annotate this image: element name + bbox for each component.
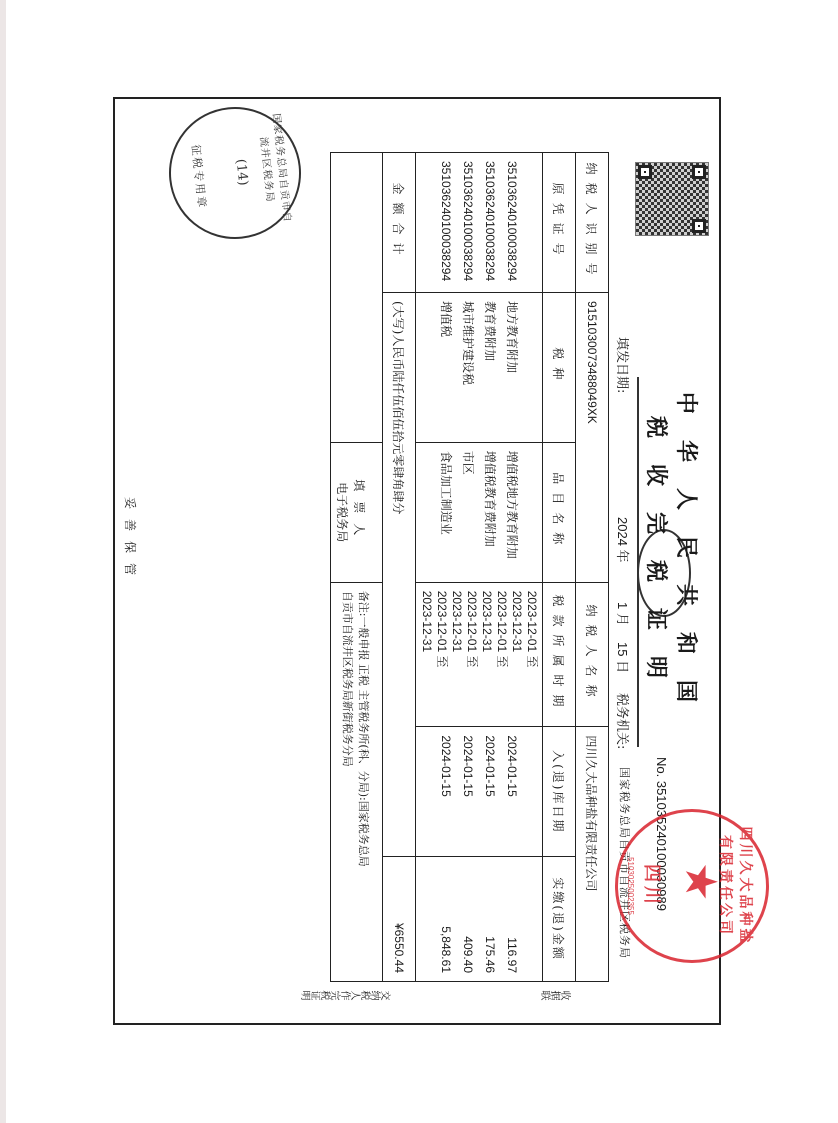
remarks-line-2: 自贡市自流井区税务局新街税务分局: [341, 591, 357, 973]
keep-safely-note: 妥善保管: [122, 497, 139, 585]
company-seal: 四川久大品种盐有限责任公司 ★ 四川 5103025002355: [615, 809, 769, 963]
table-row: 5,848.61: [435, 865, 457, 973]
table-body: 351036240100038294 351036240100038294 35…: [416, 153, 543, 982]
entry-date-cell: 2024-01-15 2024-01-15 2024-01-15 2024-01…: [416, 727, 543, 857]
col-entry-date: 入(退)库日期: [543, 727, 576, 857]
taxpayer-id-value: 915103007348804​9XK: [576, 292, 609, 582]
page-edge: [0, 0, 6, 1123]
period-start: 2023-12-01 至: [494, 591, 509, 719]
period-end: 2023-12-31: [449, 591, 464, 719]
table-row: 增值税: [435, 301, 457, 434]
copy-purpose-note: 交纳税人作完税证明: [301, 985, 391, 999]
total-row: 金额合计 (大写)人民币陆仟伍佰伍拾元零肆角肆分 ¥6550.44: [383, 153, 416, 982]
table-row: 增值税地方教育附加: [501, 451, 523, 574]
company-seal-code: 5103025002355: [626, 812, 635, 960]
taxpayer-id-label: 纳税人识别号: [576, 153, 609, 293]
tax-type-cell: 地方教育附加 教育费附加 城市维护建设税 增值税: [416, 292, 543, 442]
col-voucher: 原凭证号: [543, 153, 576, 293]
fill-month: 1 月: [614, 602, 633, 626]
col-period: 税款所属时期: [543, 582, 576, 727]
signature-row: 填票人 电子税务局 备注:一般申报 正税 主管税务所(科、分局):国家税务总局 …: [331, 153, 383, 982]
taxpayer-name-label: 纳税人名称: [576, 582, 609, 727]
voucher-cell: 351036240100038294 351036240100038294 35…: [416, 153, 543, 293]
tax-authority-seal-area: [331, 153, 383, 443]
period-end: 2023-12-31: [509, 591, 524, 719]
copy-type-note: 收据联: [541, 985, 571, 999]
total-in-words: (大写)人民币陆仟伍佰伍拾元零肆角肆分: [383, 292, 416, 856]
item-name-cell: 增值税地方教育附加 增值税教育费附加 市区 食品加工制造业: [416, 442, 543, 582]
preparer-value: 电子税务局: [334, 451, 351, 574]
table-row: 175.46: [479, 865, 501, 973]
table-row: 教育费附加: [479, 301, 501, 434]
total-amount: ¥6550.44: [383, 857, 416, 982]
table-row: 351036240100038294: [479, 161, 501, 284]
table-row: 409.40: [457, 865, 479, 973]
col-item-name: 品目名称: [543, 442, 576, 582]
fill-date-label: 填发日期:: [614, 337, 633, 393]
remarks-cell: 备注:一般申报 正税 主管税务所(科、分局):国家税务总局 自贡市自流井区税务局…: [331, 582, 383, 981]
period-end: 2023-12-31: [419, 591, 434, 719]
period-end: 2023-12-31: [479, 591, 494, 719]
star-icon: ★: [678, 862, 722, 901]
table-row: 食品加工制造业: [435, 451, 457, 574]
total-label: 金额合计: [383, 153, 416, 293]
col-amount: 实缴(退)金额: [543, 857, 576, 982]
table-row: 2024-01-15: [501, 735, 523, 848]
table-row: 116.97: [501, 865, 523, 973]
table-row: 城市维护建设税: [457, 301, 479, 434]
table-row: 351036240100038294: [457, 161, 479, 284]
tax-payment-certificate: 中华人民共和国 税收完税证明 No. 351035240100030989 填发…: [115, 97, 721, 1023]
remarks-line-1: 备注:一般申报 正税 主管税务所(科、分局):国家税务总局: [357, 591, 373, 973]
table-row: 2024-01-15: [457, 735, 479, 848]
company-seal-bottom-text: 四川: [640, 812, 666, 960]
period-start: 2023-12-01 至: [434, 591, 449, 719]
taxpayer-row: 纳税人识别号 915103007348804​9XK 纳税人名称 四川久大品种盐…: [576, 153, 609, 982]
title-underline: [637, 377, 639, 747]
col-tax-type: 税种: [543, 292, 576, 442]
amount-cell: 116.97 175.46 409.40 5,848.61: [416, 857, 543, 982]
table-row: 351036240100038294: [435, 161, 457, 284]
period-cell: 2023-12-01 至 2023-12-31 2023-12-01 至 202…: [416, 582, 543, 727]
fill-day: 15 日: [614, 642, 633, 673]
table-row: 351036240100038294: [501, 161, 523, 284]
table-row: 2024-01-15: [479, 735, 501, 848]
fill-year: 2024 年: [614, 517, 633, 563]
preparer-cell: 填票人 电子税务局: [331, 442, 383, 582]
seal-number: (14): [227, 108, 255, 237]
period-start: 2023-12-01 至: [464, 591, 479, 719]
tax-table: 纳税人识别号 915103007348804​9XK 纳税人名称 四川久大品种盐…: [330, 152, 609, 982]
period-start: 2023-12-01 至: [524, 591, 539, 719]
taxpayer-name-value: 四川久大品种盐有限责任公司: [576, 727, 609, 982]
table-row: 市区: [457, 451, 479, 574]
table-row: 增值税教育费附加: [479, 451, 501, 574]
authority-label: 税务机关:: [614, 693, 633, 749]
header-row: 原凭证号 税种 品目名称 税款所属时期 入(退)库日期 实缴(退)金额: [543, 153, 576, 982]
preparer-label: 填票人: [351, 451, 368, 574]
table-row: 2024-01-15: [435, 735, 457, 848]
table-row: 地方教育附加: [501, 301, 523, 434]
